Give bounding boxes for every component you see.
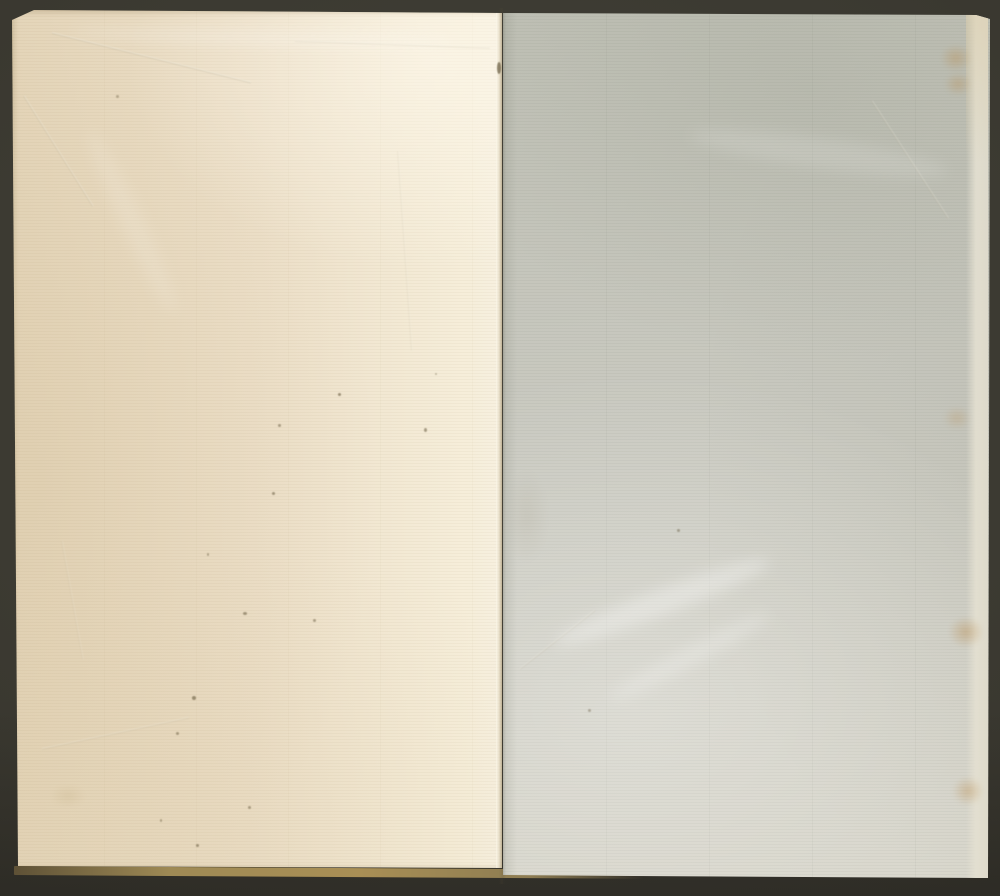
speck bbox=[424, 428, 427, 432]
speck bbox=[435, 373, 437, 375]
stain bbox=[940, 44, 972, 72]
stain bbox=[944, 72, 972, 96]
speck bbox=[192, 696, 196, 700]
stain bbox=[948, 616, 984, 648]
speck bbox=[497, 62, 501, 74]
speck bbox=[116, 95, 119, 98]
speck bbox=[196, 844, 199, 847]
speck bbox=[272, 492, 275, 495]
speck bbox=[176, 732, 179, 735]
stain bbox=[943, 406, 971, 430]
speck bbox=[677, 529, 680, 532]
speck bbox=[248, 806, 251, 809]
speck bbox=[278, 424, 281, 427]
stain bbox=[50, 784, 86, 808]
speck bbox=[588, 709, 591, 712]
speck bbox=[160, 819, 162, 822]
speck bbox=[243, 612, 247, 615]
speck bbox=[338, 393, 341, 396]
fore-edge-strip bbox=[966, 13, 988, 881]
stain bbox=[505, 468, 549, 564]
book-scan bbox=[0, 0, 1000, 896]
speck bbox=[313, 619, 316, 622]
stain bbox=[952, 776, 984, 806]
speck bbox=[207, 553, 209, 556]
spine-gutter bbox=[499, 8, 506, 884]
